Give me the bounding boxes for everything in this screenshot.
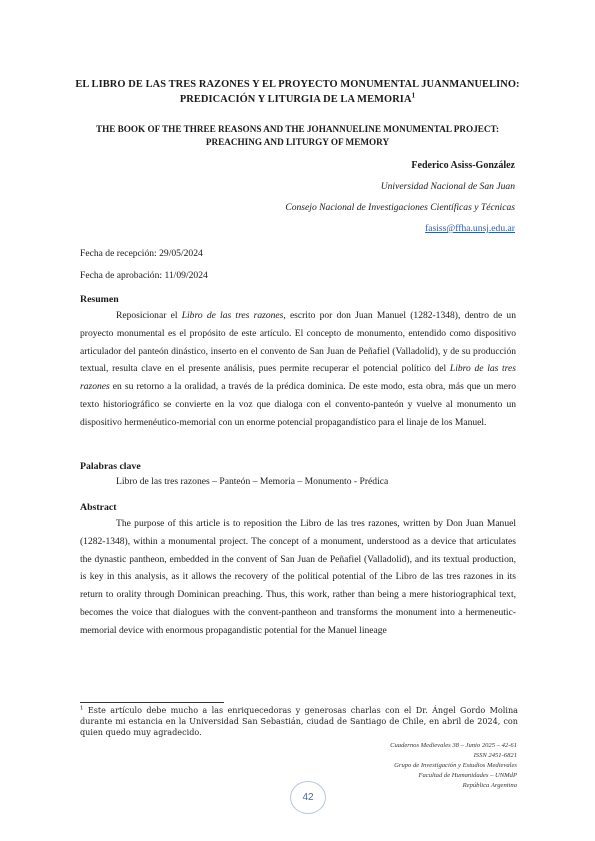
resumen-book-title-1: Libro de las tres razones	[182, 310, 284, 321]
author-email-link[interactable]: fasiss@ffha.unsj.edu.ar	[425, 223, 515, 234]
footnote: 1 Este artículo debe mucho a las enrique…	[80, 705, 518, 738]
date-received: Fecha de recepción: 29/05/2024	[80, 248, 203, 259]
abstract-paragraph: The purpose of this article is to reposi…	[80, 515, 516, 639]
date-approved: Fecha de aprobación: 11/09/2024	[80, 270, 208, 281]
journal-issue: Cuadernos Medievales 38 – Junio 2025 – 4…	[390, 741, 517, 751]
keywords-heading: Palabras clave	[80, 461, 141, 472]
journal-issn: ISSN 2451-6821	[390, 751, 517, 761]
resumen-text-3: en su retorno a la oralidad, a través de…	[80, 381, 516, 428]
author-affiliation-2: Consejo Nacional de Investigaciones Cien…	[285, 202, 515, 213]
journal-info: Cuadernos Medievales 38 – Junio 2025 – 4…	[390, 741, 517, 791]
journal-group: Grupo de Investigación y Estudios Mediev…	[390, 761, 517, 771]
resumen-paragraph: Reposicionar el Libro de las tres razone…	[80, 307, 516, 431]
title-spanish: EL LIBRO DE LAS TRES RAZONES Y EL PROYEC…	[70, 78, 525, 107]
journal-country: República Argentina	[390, 781, 517, 791]
title-es-line2: PREDICACIÓN Y LITURGIA DE LA MEMORIA	[180, 94, 412, 105]
author-affiliation-1: Universidad Nacional de San Juan	[381, 181, 515, 192]
title-en-line2: PREACHING AND LITURGY OF MEMORY	[206, 137, 389, 147]
footnote-separator	[80, 702, 224, 703]
resumen-heading: Resumen	[80, 294, 119, 305]
abstract-text: The purpose of this article is to reposi…	[80, 518, 516, 636]
page-number: 42	[290, 781, 326, 814]
title-english: THE BOOK OF THE THREE REASONS AND THE JO…	[70, 123, 525, 149]
keywords-list: Libro de las tres razones – Panteón – Me…	[116, 476, 388, 487]
resumen-text-1: Reposicionar el	[116, 310, 182, 321]
author-name: Federico Asiss-González	[411, 160, 515, 171]
journal-faculty: Facultad de Humanidades – UNMdP	[390, 771, 517, 781]
footnote-text: Este artículo debe mucho a las enriquece…	[80, 705, 518, 737]
title-en-line1: THE BOOK OF THE THREE REASONS AND THE JO…	[96, 124, 499, 134]
document-page: EL LIBRO DE LAS TRES RAZONES Y EL PROYEC…	[0, 0, 595, 841]
abstract-heading: Abstract	[80, 502, 116, 513]
title-es-line1: EL LIBRO DE LAS TRES RAZONES Y EL PROYEC…	[75, 79, 519, 90]
footnote-reference[interactable]: 1	[412, 91, 416, 99]
